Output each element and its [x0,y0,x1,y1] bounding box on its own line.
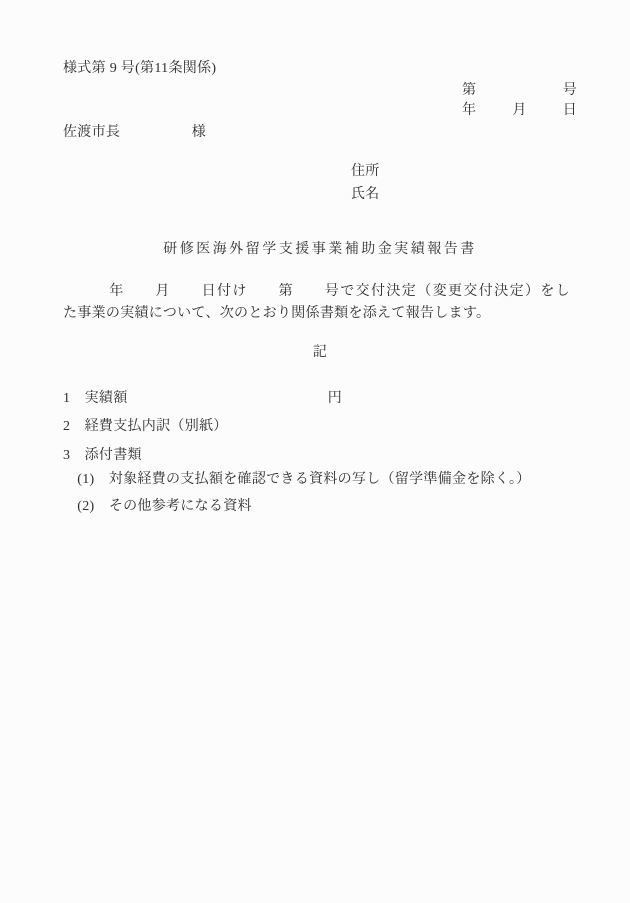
doc-number-line: 第 号 [462,81,577,101]
sender-address-label: 住所 [351,162,380,182]
document-page: 様式第 9 号(第11条関係) 第 号 年 月 日 佐渡市長 様 住所 氏名 研… [0,0,630,903]
date-line: 年 月 日 [462,101,577,121]
sender-name-label: 氏名 [351,185,380,205]
list-item-actual-amount: 1 実績額 円 [63,389,342,409]
doc-number-prefix: 第 [462,81,476,101]
body-paragraph-line-1: 年 月 日付け 第 号で交付決定（変更交付決定）をし [63,282,571,302]
date-day-label: 日 [563,101,577,121]
date-month-label: 月 [512,101,526,121]
list-subitem-payment-proof: (1) 対象経費の支払額を確認できる資料の写し（留学準備金を除く。） [63,470,531,490]
date-year-label: 年 [462,101,476,121]
form-number-line: 様式第 9 号(第11条関係) [63,59,216,79]
list-subitem-other-reference: (2) その他参考になる資料 [63,497,252,517]
list-item-attached-documents: 3 添付書類 [63,446,142,466]
list-item-expense-breakdown: 2 経費支払内訳（別紙） [63,417,228,437]
ki-marker: 記 [63,343,577,363]
addressee-line: 佐渡市長 様 [63,123,206,143]
doc-number-suffix: 号 [563,81,577,101]
body-paragraph-line-2: た事業の実績について、次のとおり関係書類を添えて報告します。 [63,304,490,324]
document-title: 研修医海外留学支援事業補助金実績報告書 [63,240,577,260]
